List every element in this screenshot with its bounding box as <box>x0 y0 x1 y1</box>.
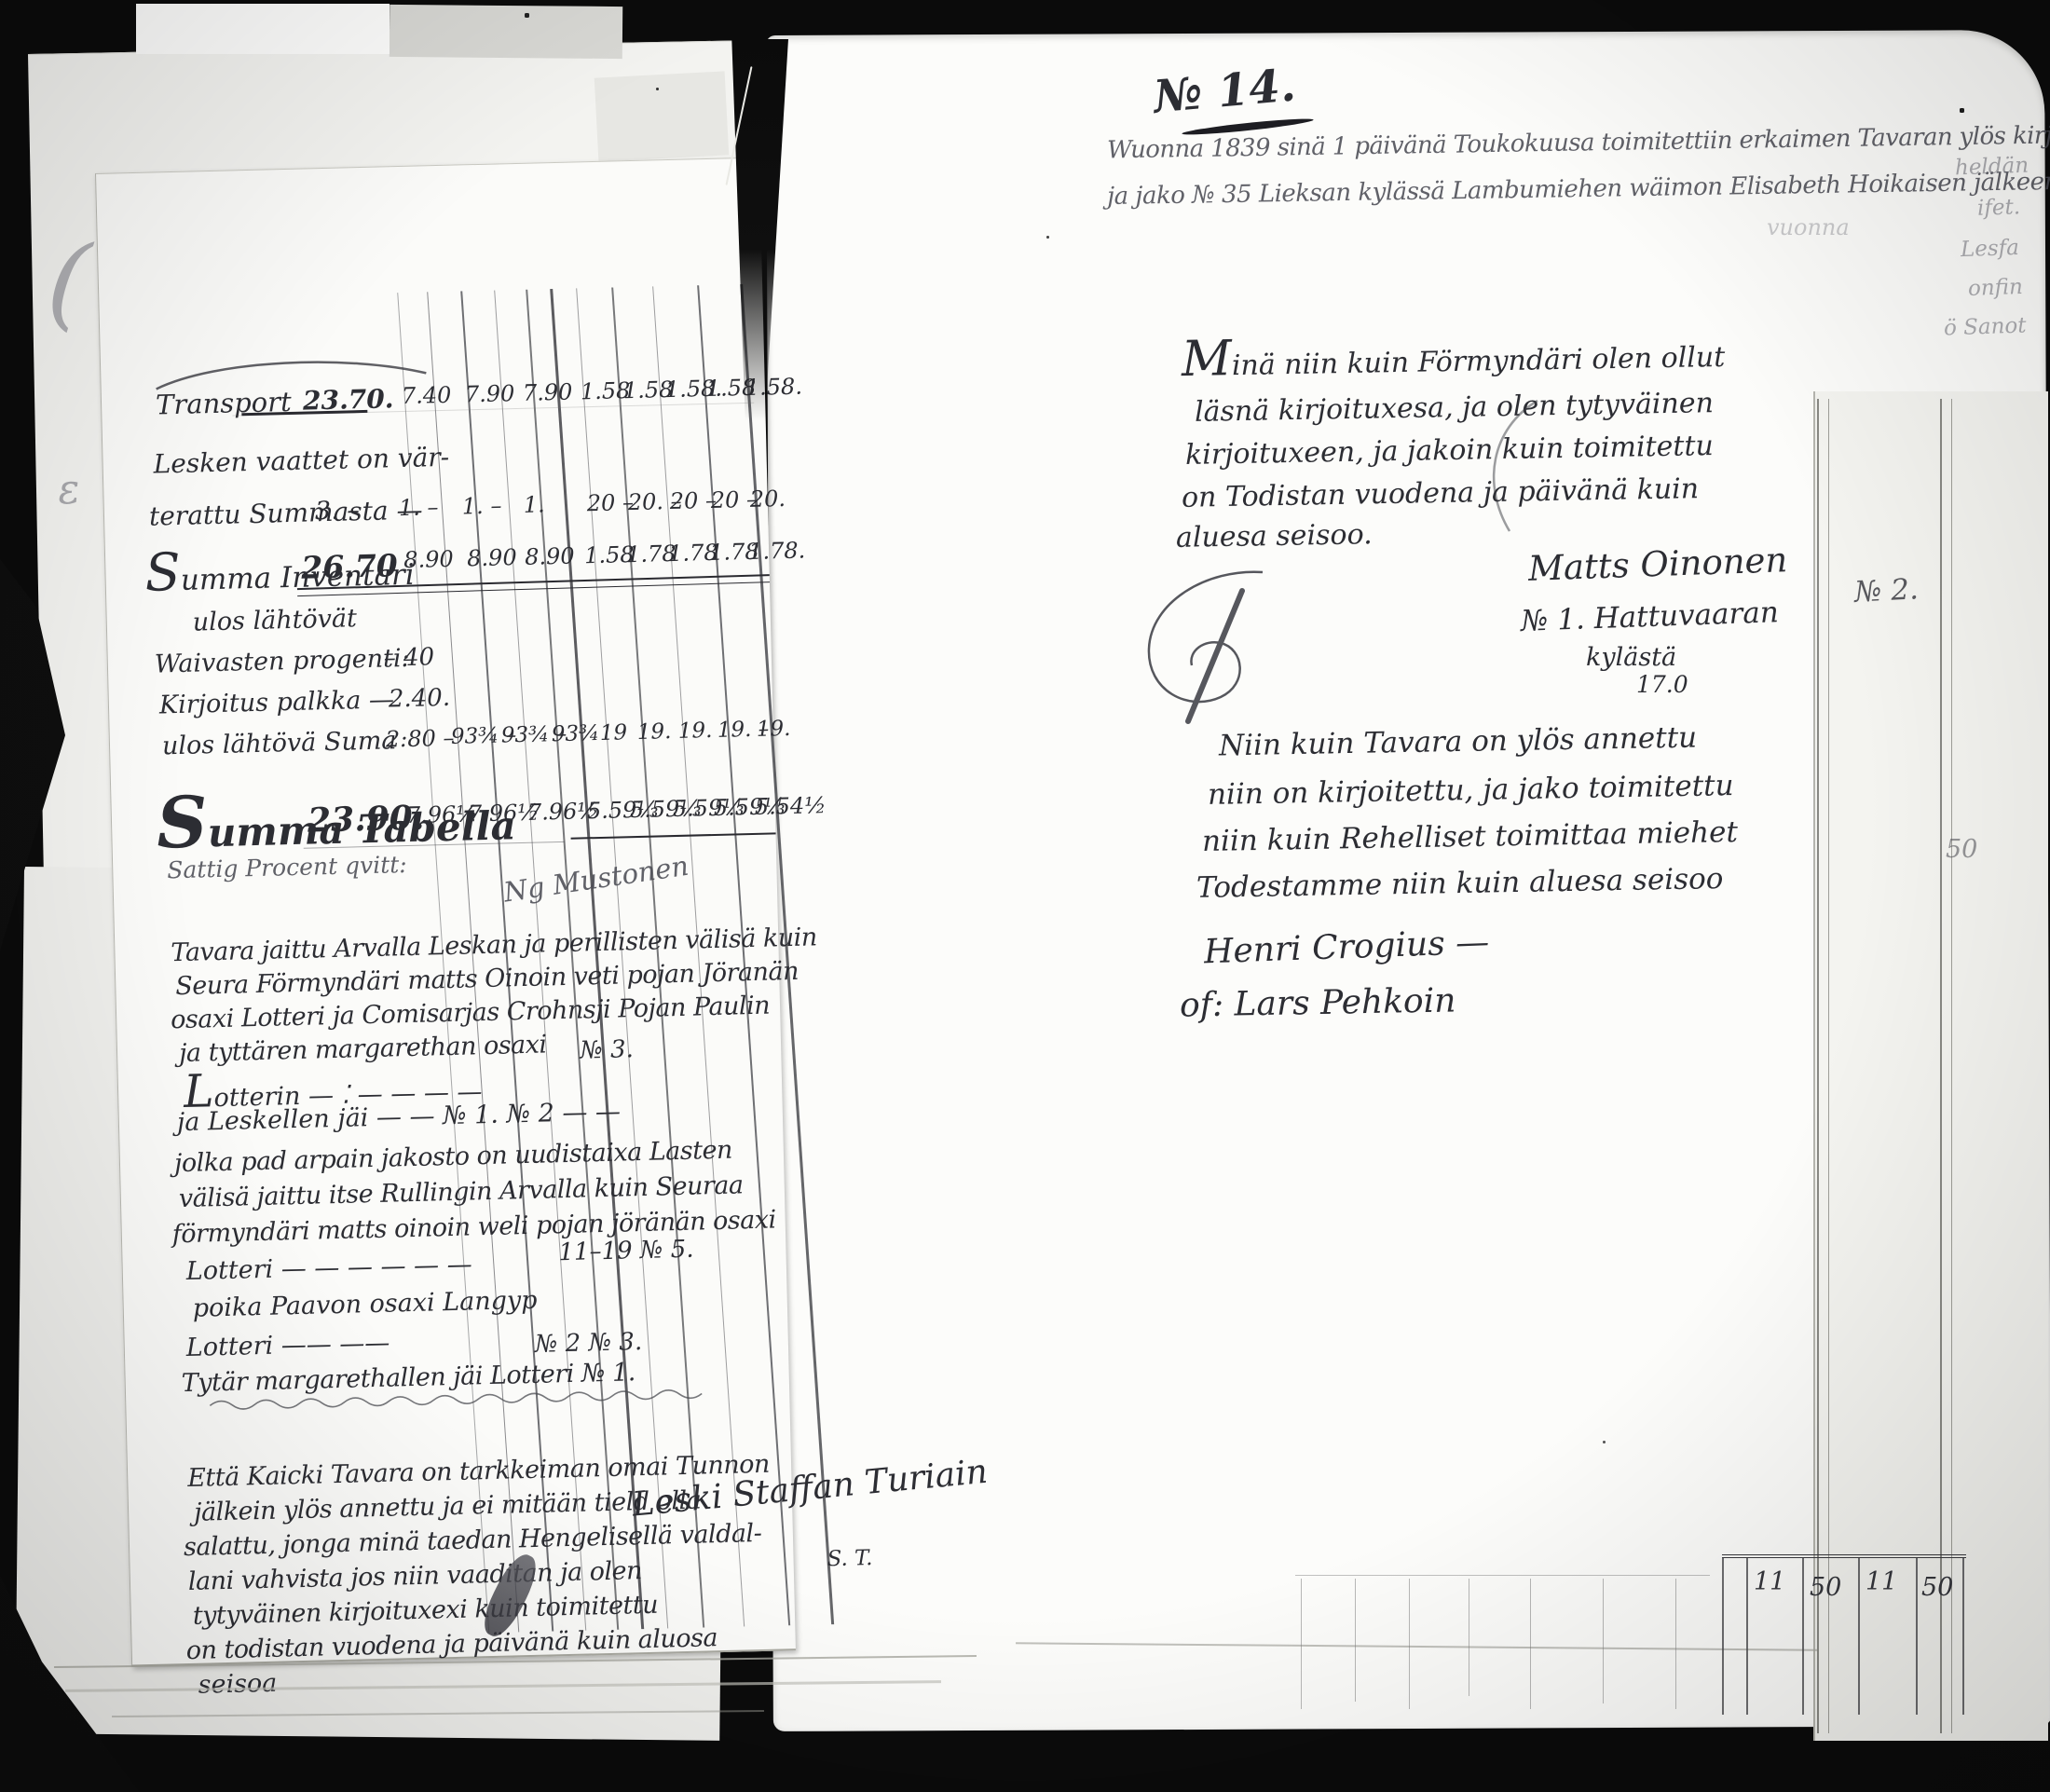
edge-fragment-3: Lesfa <box>1961 236 2020 262</box>
archive-slip <box>136 4 389 54</box>
bottom-right-table-fragment: 11 50 11 50 <box>1722 1554 1966 1715</box>
cell: 8.90 <box>467 544 517 571</box>
fragment-rule <box>1802 1558 1804 1715</box>
cell: 23.70. <box>303 383 394 416</box>
cell: 8.90 <box>403 546 454 573</box>
cell: 1. <box>523 491 545 518</box>
edge-fragment-1: heldän <box>1955 154 2029 181</box>
cell: 5.54½ <box>754 792 826 820</box>
pen-flourish-right <box>1472 391 1556 540</box>
edge-fragment-2: ifet. <box>1977 195 2021 221</box>
closing-line: seisoa <box>198 1669 277 1700</box>
division-line: Lotteri —— —— <box>185 1329 389 1362</box>
cell: 7.90 <box>523 379 573 406</box>
cell: 19. <box>756 717 790 742</box>
fragment-number: 11 <box>1865 1567 1897 1596</box>
cell: 20. <box>749 486 786 513</box>
fragment-rule <box>1722 1558 1724 1715</box>
margin-rule-right <box>1940 399 1952 1733</box>
row-label: ulos lähtövä Suma <box>162 726 397 760</box>
cell: 19. <box>678 718 713 744</box>
fragment-rule <box>1746 1558 1748 1715</box>
edge-fragment-4: onfin <box>1968 275 2024 301</box>
fragment-number: 50 <box>1810 1573 1841 1602</box>
cell: 7.40 <box>402 382 452 409</box>
left-page: Transport 23.70. 7.40 7.90 7.90 1.58 1.5… <box>95 157 796 1667</box>
row-label: Kirjoitus palkka — <box>159 685 395 719</box>
cell: 8.90 <box>525 543 575 570</box>
cell: 19 <box>600 720 628 746</box>
initial-flourish <box>1123 565 1300 737</box>
paper-fold-corner <box>594 71 730 161</box>
widow-signature-initials: S. T. <box>827 1546 872 1571</box>
row-label: Waivasten progenti: <box>155 644 411 679</box>
fragment-rule <box>1916 1558 1918 1715</box>
fragment-rule <box>1858 1558 1860 1715</box>
cell: 2:80 – <box>386 725 455 753</box>
row-label: ulos lähtövät <box>192 604 357 636</box>
cell: 26.70 <box>301 547 398 586</box>
row-label: Transport <box>156 386 292 421</box>
underlying-page-strip <box>1813 391 2048 1741</box>
cell: 1. – <box>399 494 439 521</box>
cell: 1. – <box>462 492 502 519</box>
cell: 93¾ <box>552 721 600 746</box>
scanned-document-photo: ( ε № 14. Wuonna 1839 sinä 1 päivänä Tou… <box>0 0 2050 1792</box>
cell: 1.78. <box>748 538 806 565</box>
cell: 7.90 <box>465 380 515 407</box>
cell: 2.40. <box>389 684 451 714</box>
fragment-rule <box>1962 1558 1964 1715</box>
edge-fragment-5: ö Sanot <box>1944 313 2027 340</box>
division-note-3: № 2 № 3. <box>534 1328 642 1359</box>
margin-e-mark: ε <box>56 465 81 514</box>
fragment-number: 11 <box>1754 1567 1785 1596</box>
dust-specks <box>0 0 1 1</box>
ruled-fragment-faint <box>1295 1571 1710 1713</box>
header-fragment: vuonna <box>1767 214 1850 240</box>
cell: – 40 <box>383 643 434 672</box>
guardian-signature-mark: 17.0 <box>1636 671 1688 698</box>
fragment-number: 50 <box>1921 1573 1953 1602</box>
guardian-line-5: aluesa seisoo. <box>1176 518 1373 554</box>
witness-signature-2: of: Lars Pehkoin <box>1180 981 1456 1024</box>
row-label: terattu Summasta — <box>149 495 423 532</box>
division-note-2: 11–19 № 5. <box>558 1236 694 1267</box>
margin-value: 50 <box>1946 835 1977 864</box>
archive-slip-shadow <box>389 5 622 59</box>
cell: 19. <box>637 719 672 745</box>
margin-rule-left <box>1817 399 1829 1733</box>
guardian-signature-place2: kylästä <box>1586 643 1676 672</box>
row-label: Sattig Procent qvitt: <box>167 851 407 883</box>
division-note-1: № 3. <box>580 1035 634 1064</box>
cell: 3. – <box>315 496 361 526</box>
row-label: Lesken vaattet on vär- <box>153 442 449 480</box>
margin-document-number: № 2. <box>1853 572 1920 609</box>
